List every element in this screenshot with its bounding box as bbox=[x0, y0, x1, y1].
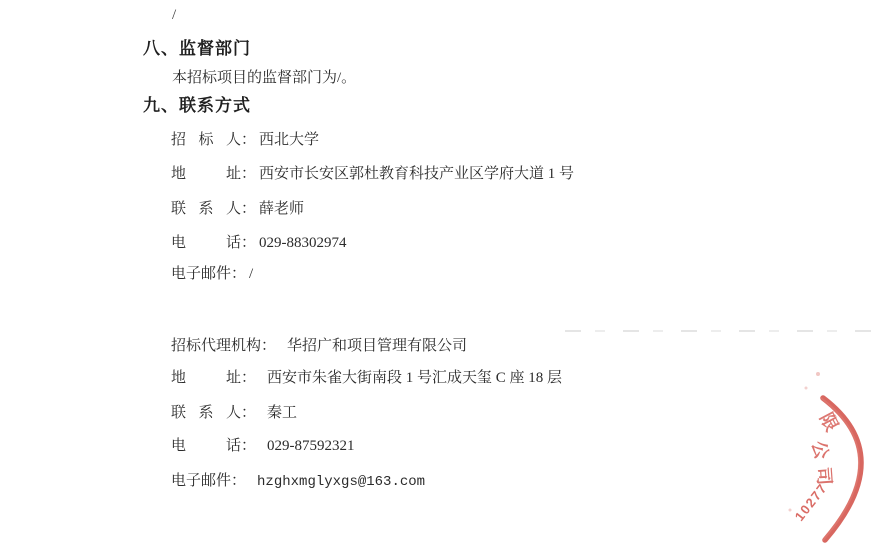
label-colon: ： bbox=[241, 199, 256, 219]
label-colon: ： bbox=[261, 336, 276, 356]
row-label: 电话 bbox=[171, 436, 241, 456]
seal-serial-number: 10277 bbox=[792, 480, 831, 524]
row-value: 秦工 bbox=[267, 405, 297, 421]
row-value: 薛老师 bbox=[259, 201, 304, 217]
label-colon: ： bbox=[241, 233, 256, 253]
row-value: hzghxmglyxgs@163.com bbox=[257, 474, 425, 490]
row-label: 电话 bbox=[171, 233, 241, 253]
row-value: / bbox=[249, 266, 253, 282]
row-label: 地址 bbox=[171, 164, 241, 184]
label-colon: ： bbox=[241, 403, 256, 423]
row-label: 招标人 bbox=[171, 130, 241, 150]
tenderer-contact-person-row: 联系人：薛老师 bbox=[171, 199, 304, 219]
agency-name-row: 招标代理机构：华招广和项目管理有限公司 bbox=[171, 336, 467, 356]
label-colon: ： bbox=[241, 130, 256, 150]
seal-ring-arc bbox=[823, 398, 861, 540]
row-label: 招标代理机构 bbox=[171, 336, 261, 356]
seal-ink-speck bbox=[789, 509, 792, 512]
agency-contact-person-row: 联系人：秦工 bbox=[171, 403, 297, 423]
seal-ring-character: 限 bbox=[816, 409, 842, 434]
label-colon: ： bbox=[241, 368, 256, 388]
row-value: 西北大学 bbox=[259, 132, 319, 148]
label-colon: ： bbox=[231, 264, 246, 284]
seal-ring-arc-fade bbox=[821, 398, 859, 540]
row-label: 联系人 bbox=[171, 403, 241, 423]
seal-ink-speck bbox=[805, 387, 808, 390]
scan-artifact-line bbox=[565, 330, 885, 332]
seal-ring-character: 公 bbox=[808, 439, 832, 462]
section-heading-contact: 九、联系方式 bbox=[143, 96, 251, 116]
tenderer-address-row: 地址：西安市长安区郭杜教育科技产业区学府大道 1 号 bbox=[171, 164, 574, 184]
section-heading-supervision: 八、监督部门 bbox=[143, 39, 251, 59]
tenderer-email-row: 电子邮件：/ bbox=[171, 264, 253, 284]
agency-address-row: 地址：西安市朱雀大街南段 1 号汇成天玺 C 座 18 层 bbox=[171, 368, 562, 388]
agency-email-row: 电子邮件：hzghxmglyxgs@163.com bbox=[171, 471, 425, 492]
tenderer-phone-row: 电话：029-88302974 bbox=[171, 233, 347, 253]
seal-ring-character: 司 bbox=[813, 466, 834, 485]
supervision-body-text: 本招标项目的监督部门为/。 bbox=[172, 68, 356, 88]
row-value: 029-87592321 bbox=[267, 438, 355, 454]
row-value: 西安市长安区郭杜教育科技产业区学府大道 1 号 bbox=[259, 166, 574, 182]
scanned-document-page: / 八、监督部门 本招标项目的监督部门为/。 九、联系方式 招标人：西北大学 地… bbox=[0, 0, 895, 552]
tenderer-name-row: 招标人：西北大学 bbox=[171, 130, 319, 150]
company-seal-stamp: 限 公 司 10277 bbox=[760, 360, 895, 552]
row-label: 电子邮件 bbox=[171, 471, 231, 491]
row-label: 电子邮件 bbox=[171, 264, 231, 284]
label-colon: ： bbox=[241, 436, 256, 456]
row-value: 西安市朱雀大街南段 1 号汇成天玺 C 座 18 层 bbox=[267, 370, 562, 386]
agency-phone-row: 电话：029-87592321 bbox=[171, 436, 355, 456]
row-value: 029-88302974 bbox=[259, 235, 347, 251]
label-colon: ： bbox=[241, 164, 256, 184]
row-label: 地址 bbox=[171, 368, 241, 388]
row-label: 联系人 bbox=[171, 199, 241, 219]
top-text-fragment: / bbox=[172, 5, 176, 25]
label-colon: ： bbox=[231, 471, 246, 491]
seal-ink-speck bbox=[816, 372, 820, 376]
row-value: 华招广和项目管理有限公司 bbox=[287, 338, 467, 354]
